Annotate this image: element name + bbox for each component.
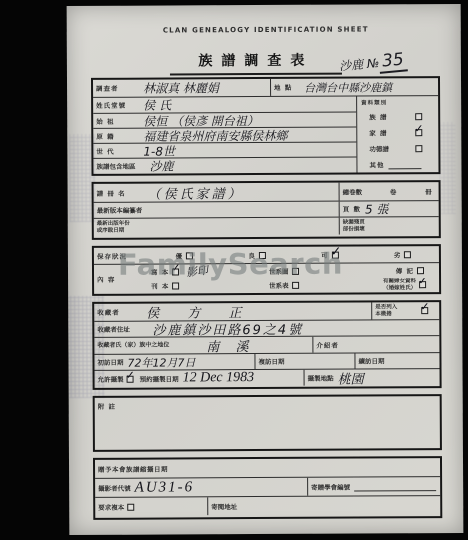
copy-request-checkbox (127, 503, 134, 510)
annotation-prefix: 沙鹿 № (339, 56, 380, 74)
poor-checkbox (404, 251, 411, 258)
title-cell: 譜 冊 名 （侯氏家譜） (94, 183, 339, 202)
lineage-chart-checkbox (291, 268, 298, 275)
missing-cell: 缺漏殘頁 部份損壞 (339, 217, 439, 235)
content-options: 寫 本 ✓ 影印 世系圖 傳 記 刊 本 (148, 263, 439, 294)
year-label-group: 最新出版年份 或序跋日期 (94, 221, 130, 234)
document-sheet: CLAN GENEALOGY IDENTIFICATION SHEET 族譜調查… (67, 4, 464, 535)
place-label: 地 點 (271, 83, 292, 92)
volume-unit2: 冊 (422, 187, 433, 196)
followup-visit-cell: 續訪日期 (354, 353, 439, 368)
excellent-label: 優 (173, 251, 184, 260)
fair-checkbox: ✓ (332, 251, 339, 258)
handwritten-annotation: 沙鹿 №35 (338, 49, 407, 75)
volumes-cell: 總卷數 卷 冊 (339, 182, 439, 201)
condition-label: 保存狀況 (94, 251, 127, 260)
row-group: 姓氏堂號 侯氏 始 祖 侯恒 （侯彥 開台祖） 原 籍 福建省泉州府南安縣侯林鄉… (93, 95, 438, 174)
table-item: 世系表 (266, 281, 362, 291)
permit-checkbox: ✓ (127, 375, 134, 382)
check-mark: ✓ (330, 246, 341, 259)
society-cell: 寄贈學會編號 (307, 477, 440, 496)
content-line2: 刊 本 世系表 有關婦女資料 （婚嫁姓氏） ✓ (148, 278, 439, 294)
printed-checkbox (172, 283, 179, 290)
row-region: 族譜包含地區 沙鹿 (93, 157, 356, 174)
shoot-location-cell: 攝製地點 桃園 (304, 369, 440, 386)
clan-genealogy-label: 族 譜 (366, 112, 387, 121)
women-item: 有關婦女資料 （婚嫁姓氏） ✓ (362, 278, 439, 291)
pages-cell: 頁 數 5 張 (339, 201, 439, 217)
ghost-stamp (439, 122, 455, 214)
women-label-line2: （婚嫁姓氏） (380, 285, 416, 292)
surveyor-label: 調查者 (93, 84, 119, 93)
introducer-cell: 介紹者 (312, 336, 439, 353)
listed-cell: 是否列入 本微捲 ✓ (371, 302, 439, 319)
other-label: 其他 (366, 160, 384, 169)
photographer-code-label: 攝影者代號 (95, 483, 131, 492)
biography-checkbox (417, 267, 424, 274)
position-label: 收藏者氏（家）族中之地位 (94, 342, 169, 349)
address-cell: 收藏者住址 沙鹿鎮沙田路69之4號 (94, 320, 439, 337)
surveyor-value-cell: 林淑真 林麗娟 (139, 79, 270, 97)
manuscript-item: 寫 本 ✓ 影印 (148, 263, 266, 279)
merit-genealogy-label: 功德譜 (366, 144, 389, 153)
listed-checkbox: ✓ (421, 307, 428, 314)
donation-date-label: 贈予本會族譜縮攝日期 (95, 464, 168, 473)
merit-genealogy-checkbox (415, 145, 422, 152)
year-label-line2: 或序跋日期 (94, 227, 130, 234)
introducer-label: 介紹者 (313, 340, 339, 349)
row-contents: 內 容 寫 本 ✓ 影印 世系圖 傳 記 (94, 262, 439, 294)
fair-label: 可 (318, 250, 329, 259)
mail-address-cell: 寄閱地址 (207, 496, 440, 515)
origin-value: 福建省泉州府南安縣侯林鄉 (139, 127, 287, 143)
row-photographer: 攝影者代號 AU31-6 寄贈學會編號 (95, 476, 440, 497)
table-condition: 保存狀況 優 良 可✓ 劣 內 容 寫 本 ✓ 影印 世系圖 (92, 244, 441, 296)
copy-request-label: 要求複本 (95, 502, 124, 511)
volumes-label: 總卷數 (340, 187, 363, 196)
place-label-cell: 地 點 (270, 79, 300, 96)
pages-value: 5 張 (361, 201, 389, 217)
region-label: 族譜包含地區 (93, 162, 145, 171)
volume-title-value: （侯氏家譜） (144, 183, 244, 202)
row-position: 收藏者氏（家）族中之地位 南 溪 介紹者 (94, 335, 439, 354)
row-title: 譜 冊 名 （侯氏家譜） 總卷數 卷 冊 (94, 182, 439, 202)
row-donation: 贈予本會族譜縮攝日期 (95, 458, 440, 478)
check-mark: ✓ (126, 370, 135, 381)
first-visit-value: 72年12月7日 (123, 354, 195, 370)
pages-label: 頁 數 (340, 204, 361, 213)
row-keeper: 收藏者 侯 方 正 是否列入 本微捲 ✓ (94, 302, 439, 321)
appointment-value: 12 Dec 1983 (179, 370, 255, 386)
row-generations: 世 代 1-8世 (93, 142, 356, 158)
manuscript-checkbox: ✓ (172, 268, 179, 275)
origin-label: 原 籍 (93, 131, 139, 140)
surname-label: 姓氏堂號 (93, 101, 139, 110)
condition-fair: 可✓ (293, 246, 366, 262)
photographer-cell: 攝影者代號 AU31-6 (95, 478, 307, 497)
row-visits: 初訪日期 72年12月7日 複訪日期 續訪日期 (94, 352, 439, 370)
ancestor-value: 侯恒 （侯彥 開台祖） (139, 112, 259, 128)
region-value: 沙鹿 (145, 157, 173, 173)
condition-good: 良 (221, 247, 294, 263)
clan-genealogy-checkbox (415, 113, 422, 120)
compiler-cell: 最新版本編纂者 (94, 202, 339, 218)
mail-address-label: 寄閱地址 (208, 502, 237, 511)
listed-label-group: 是否列入 本微捲 (372, 304, 397, 317)
generations-label: 世 代 (93, 146, 139, 155)
year-cell: 最新出版年份 或序跋日期 (94, 218, 339, 236)
position-value-cell: 南 溪 (202, 337, 312, 354)
other-blank-line (388, 159, 421, 169)
generations-value: 1-8世 (139, 142, 175, 158)
chart-item: 世系圖 (266, 266, 362, 276)
row-ancestor: 始 祖 侯恒 （侯彥 開台祖） (93, 112, 356, 128)
table-basic-info: 調查者 林淑真 林麗娟 地 點 台灣台中縣沙鹿鎮 姓氏堂號 侯氏 始 祖 侯恒 … (91, 76, 441, 176)
manuscript-label: 寫 本 (148, 267, 169, 276)
compiler-label: 最新版本編纂者 (94, 206, 143, 215)
women-label-group: 有關婦女資料 （婚嫁姓氏） (380, 278, 416, 291)
printed-item: 刊 本 (148, 281, 266, 291)
lineage-table-checkbox (292, 282, 299, 289)
english-header: CLAN GENEALOGY IDENTIFICATION SHEET (91, 25, 441, 35)
lineage-chart-label: 世系圖 (266, 267, 289, 276)
ancestor-label: 始 祖 (93, 116, 139, 125)
form-title: 族譜調查表 (170, 50, 342, 76)
permit-label: 允許攝製 (95, 374, 124, 383)
surveyor-label-cell: 調查者 (93, 80, 139, 97)
filming-cell: 允許攝製 ✓ 預約攝製日期 12 Dec 1983 (95, 370, 304, 387)
remarks-label: 附 註 (95, 398, 116, 411)
family-genealogy-checkbox: ✓ (415, 129, 422, 136)
missing-label-group: 缺漏殘頁 部份損壞 (340, 219, 365, 232)
surname-value: 侯氏 (139, 97, 175, 113)
keeper-value: 侯 方 正 (142, 302, 253, 320)
address-value: 沙鹿鎮沙田路69之4號 (148, 320, 303, 337)
second-visit-label: 複訪日期 (255, 357, 284, 366)
good-label: 良 (245, 251, 256, 260)
missing-label-line2: 部份損壞 (340, 226, 365, 233)
family-genealogy-label: 家 譜 (366, 128, 387, 137)
table-filming-admin: 贈予本會族譜縮攝日期 攝影者代號 AU31-6 寄贈學會編號 要求複本 寄閱地址 (93, 456, 442, 520)
society-blank-line (354, 481, 436, 492)
category-column: 資料類別 族 譜 家 譜✓ 功德譜 其他 (356, 96, 438, 172)
row-remarks: 附 註 (95, 396, 440, 450)
row-filming: 允許攝製 ✓ 預約攝製日期 12 Dec 1983 攝製地點 桃園 (95, 368, 440, 387)
appointment-label: 預約攝製日期 (137, 374, 179, 383)
check-mark: ✓ (418, 278, 427, 287)
check-mark: ✓ (420, 302, 429, 313)
printed-label: 刊 本 (148, 282, 169, 291)
keeper-label: 收藏者 (94, 308, 120, 317)
row-origin: 原 籍 福建省泉州府南安縣侯林鄉 (93, 127, 356, 143)
condition-excellent: 優 (148, 247, 221, 263)
shoot-location-label: 攝製地點 (305, 373, 334, 382)
condition-poor: 劣 (366, 246, 439, 262)
table-keeper: 收藏者 侯 方 正 是否列入 本微捲 ✓ 收藏者住址 沙鹿鎮沙田路69之4號 收… (92, 300, 441, 390)
women-checkbox: ✓ (419, 281, 426, 288)
good-checkbox (259, 251, 266, 258)
keeper-value-cell: 侯 方 正 (142, 302, 371, 320)
biography-item: 傳 記 (362, 266, 439, 275)
row-surveyor: 調查者 林淑真 林麗娟 地 點 台灣台中縣沙鹿鎮 (93, 78, 438, 97)
surveyor-value: 林淑真 林麗娟 (139, 79, 219, 96)
poor-label: 劣 (391, 250, 402, 259)
position-label-cell: 收藏者氏（家）族中之地位 (94, 337, 202, 354)
table-volume-info: 譜 冊 名 （侯氏家譜） 總卷數 卷 冊 最新版本編纂者 頁 數 5 張 (92, 180, 441, 240)
volume-unit1: 卷 (387, 187, 398, 196)
listed-label-line2: 本微捲 (372, 311, 397, 318)
annotation-number: 35 (378, 49, 408, 73)
category-item-merit: 功德譜 (357, 140, 438, 156)
followup-visit-label: 續訪日期 (355, 356, 384, 365)
row-compiler: 最新版本編纂者 頁 數 5 張 (94, 200, 439, 218)
copy-request-cell: 要求複本 (95, 497, 207, 516)
condition-label-cell: 保存狀況 (94, 248, 148, 264)
category-item-family: 家 譜✓ (357, 124, 438, 140)
biography-label: 傳 記 (393, 266, 414, 275)
content-label: 內 容 (94, 275, 115, 284)
check-mark: ✓ (414, 122, 423, 135)
content-line1: 寫 本 ✓ 影印 世系圖 傳 記 (148, 263, 439, 279)
photographer-code-value: AU31-6 (131, 479, 195, 496)
row-address: 收藏者住址 沙鹿鎮沙田路69之4號 (94, 319, 439, 337)
manuscript-note: 影印 (181, 263, 209, 279)
position-value: 南 溪 (202, 337, 254, 354)
row-year: 最新出版年份 或序跋日期 缺漏殘頁 部份損壞 (94, 216, 439, 236)
content-label-cell: 內 容 (94, 265, 148, 294)
row-condition: 保存狀況 優 良 可✓ 劣 (94, 246, 439, 264)
lineage-table-label: 世系表 (266, 281, 289, 290)
category-item-other: 其他 (357, 156, 438, 172)
place-value: 台灣台中縣沙鹿鎮 (300, 79, 392, 95)
table-remarks: 附 註 (93, 394, 442, 452)
category-label: 資料類別 (357, 96, 438, 108)
shoot-location-value: 桃園 (334, 369, 364, 386)
excellent-checkbox (186, 252, 193, 259)
check-mark: ✓ (171, 263, 180, 274)
society-number-label: 寄贈學會編號 (308, 482, 350, 491)
second-visit-cell: 複訪日期 (254, 354, 354, 370)
address-label: 收藏者住址 (94, 325, 148, 334)
left-fields: 姓氏堂號 侯氏 始 祖 侯恒 （侯彥 開台祖） 原 籍 福建省泉州府南安縣侯林鄉… (93, 97, 356, 174)
row-surname: 姓氏堂號 侯氏 (93, 97, 356, 113)
first-visit-label: 初訪日期 (94, 358, 123, 367)
category-item-clan: 族 譜 (357, 108, 438, 124)
volume-title-label: 譜 冊 名 (94, 188, 144, 197)
place-value-cell: 台灣台中縣沙鹿鎮 (300, 78, 438, 96)
keeper-label-cell: 收藏者 (94, 304, 142, 321)
first-visit-cell: 初訪日期 72年12月7日 (94, 354, 254, 370)
row-copy-request: 要求複本 寄閱地址 (95, 495, 440, 516)
